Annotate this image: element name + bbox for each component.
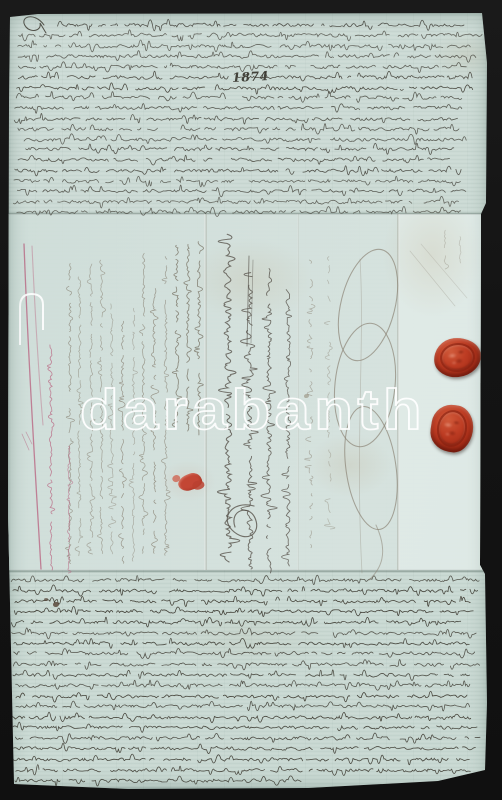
handwriting-layer (8, 13, 488, 789)
pink-annotation (22, 244, 73, 573)
flap-marks (410, 230, 467, 306)
date-column (172, 242, 203, 435)
left-annotation-column (65, 253, 170, 563)
letter-paper: 1874 darabanth (8, 13, 488, 789)
pencil-ellipses (328, 243, 408, 580)
top-text-block (14, 17, 483, 217)
scribble-column (305, 252, 335, 548)
address-column (217, 234, 291, 573)
bottom-text-block (11, 575, 480, 786)
photo-frame: 1874 darabanth (0, 0, 502, 800)
year-1874: 1874 (232, 68, 270, 85)
